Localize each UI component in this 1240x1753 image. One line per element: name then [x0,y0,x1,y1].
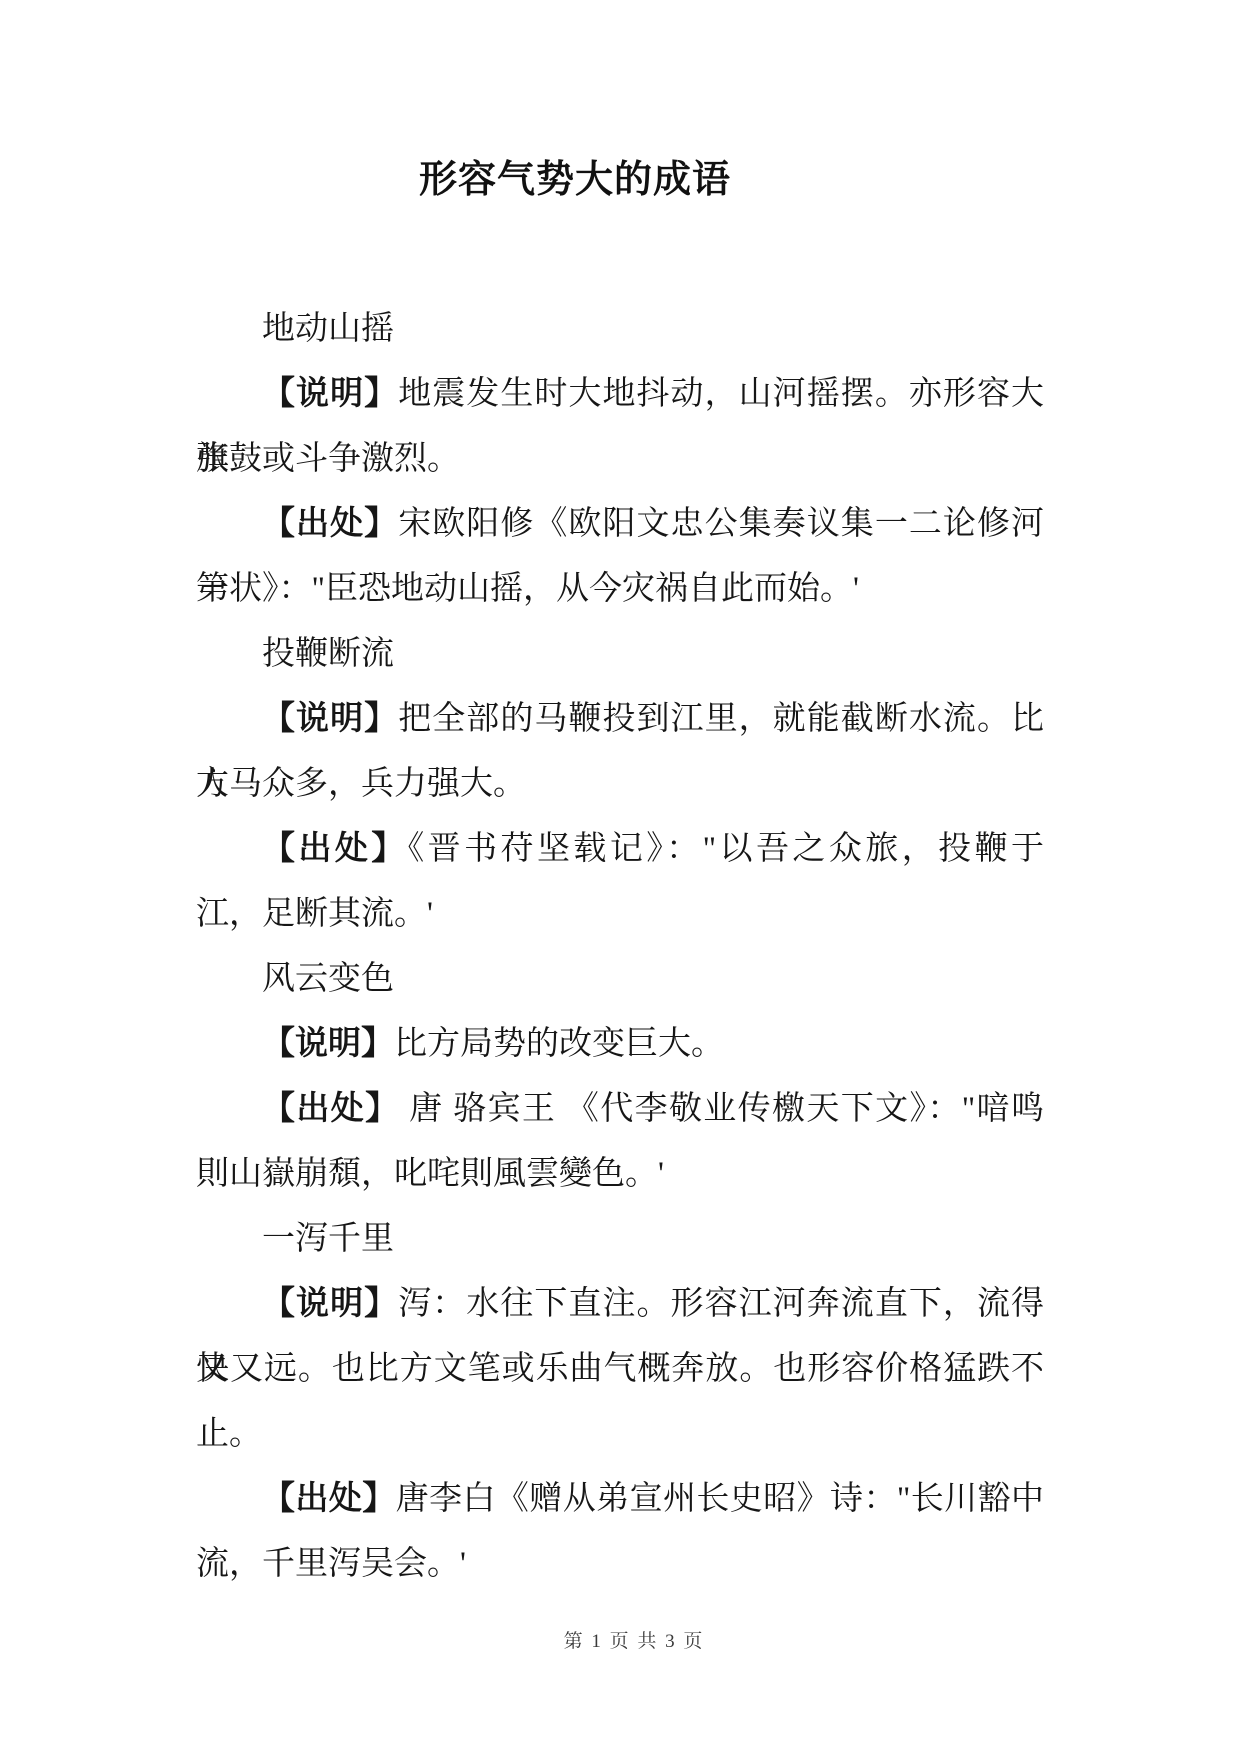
bracket-label: 【出处】 [262,831,408,867]
text-line: 一泻千里 [196,1207,1044,1272]
bracket-label: 【说明】 [262,1026,394,1062]
page-number-footer: 第 1 页 共 3 页 [0,1626,1240,1653]
text-line: 江，足断其流。' [196,882,1044,947]
text-line: 一状》："臣恐地动山摇，从今灾祸自此而始。' [196,557,1044,622]
text-line: 【说明】比方局势的改变巨大。 [196,1012,1044,1077]
text-line: 旗鼓或斗争激烈。 [196,427,1044,492]
document-body: 地动山摇【说明】地震发生时大地抖动，山河摇摆。亦形容大张旗鼓或斗争激烈。【出处】… [196,297,1044,1597]
bracket-label: 【出处】 [262,1481,396,1517]
text-line: 止。 [196,1402,1044,1467]
bracket-label: 【说明】 [262,376,398,412]
bracket-label: 【说明】 [262,1286,398,1322]
text-line: 【出处】宋欧阳修《欧阳文忠公集奏议集一二论修河第 [196,492,1044,557]
text-line: 【说明】把全部的马鞭投到江里，就能截断水流。比方 [196,687,1044,752]
bracket-label: 【出处】 [262,506,398,542]
bracket-label: 【出处】 [262,1091,399,1127]
text-line: 【说明】泻：水往下直注。形容江河奔流直下，流得又 [196,1272,1044,1337]
bracket-label: 【说明】 [262,701,398,737]
text-line: 地动山摇 [196,297,1044,362]
document-page: 形容气势大的成语 地动山摇【说明】地震发生时大地抖动，山河摇摆。亦形容大张旗鼓或… [0,0,1240,1753]
text-line: 人马众多，兵力强大。 [196,752,1044,817]
text-line: 流，千里泻吴会。' [196,1532,1044,1597]
text-line: 【出处】 唐 骆宾王 《代李敬业传檄天下文》："喑鸣 [196,1077,1044,1142]
text-line: 【出处】唐李白《赠从弟宣州长史昭》诗："长川豁中 [196,1467,1044,1532]
text-line: 投鞭断流 [196,622,1044,687]
text-line: 【说明】地震发生时大地抖动，山河摇摆。亦形容大张 [196,362,1044,427]
text-line: 【出处】《晋书苻坚载记》："以吾之众旅，投鞭于 [196,817,1044,882]
text-line: 則山嶽崩頹，叱咤則風雲變色。' [196,1142,1044,1207]
text-line: 快又远。也比方文笔或乐曲气概奔放。也形容价格猛跌不 [196,1337,1044,1402]
text-line: 风云变色 [196,947,1044,1012]
page-title: 形容气势大的成语 [105,148,1045,203]
